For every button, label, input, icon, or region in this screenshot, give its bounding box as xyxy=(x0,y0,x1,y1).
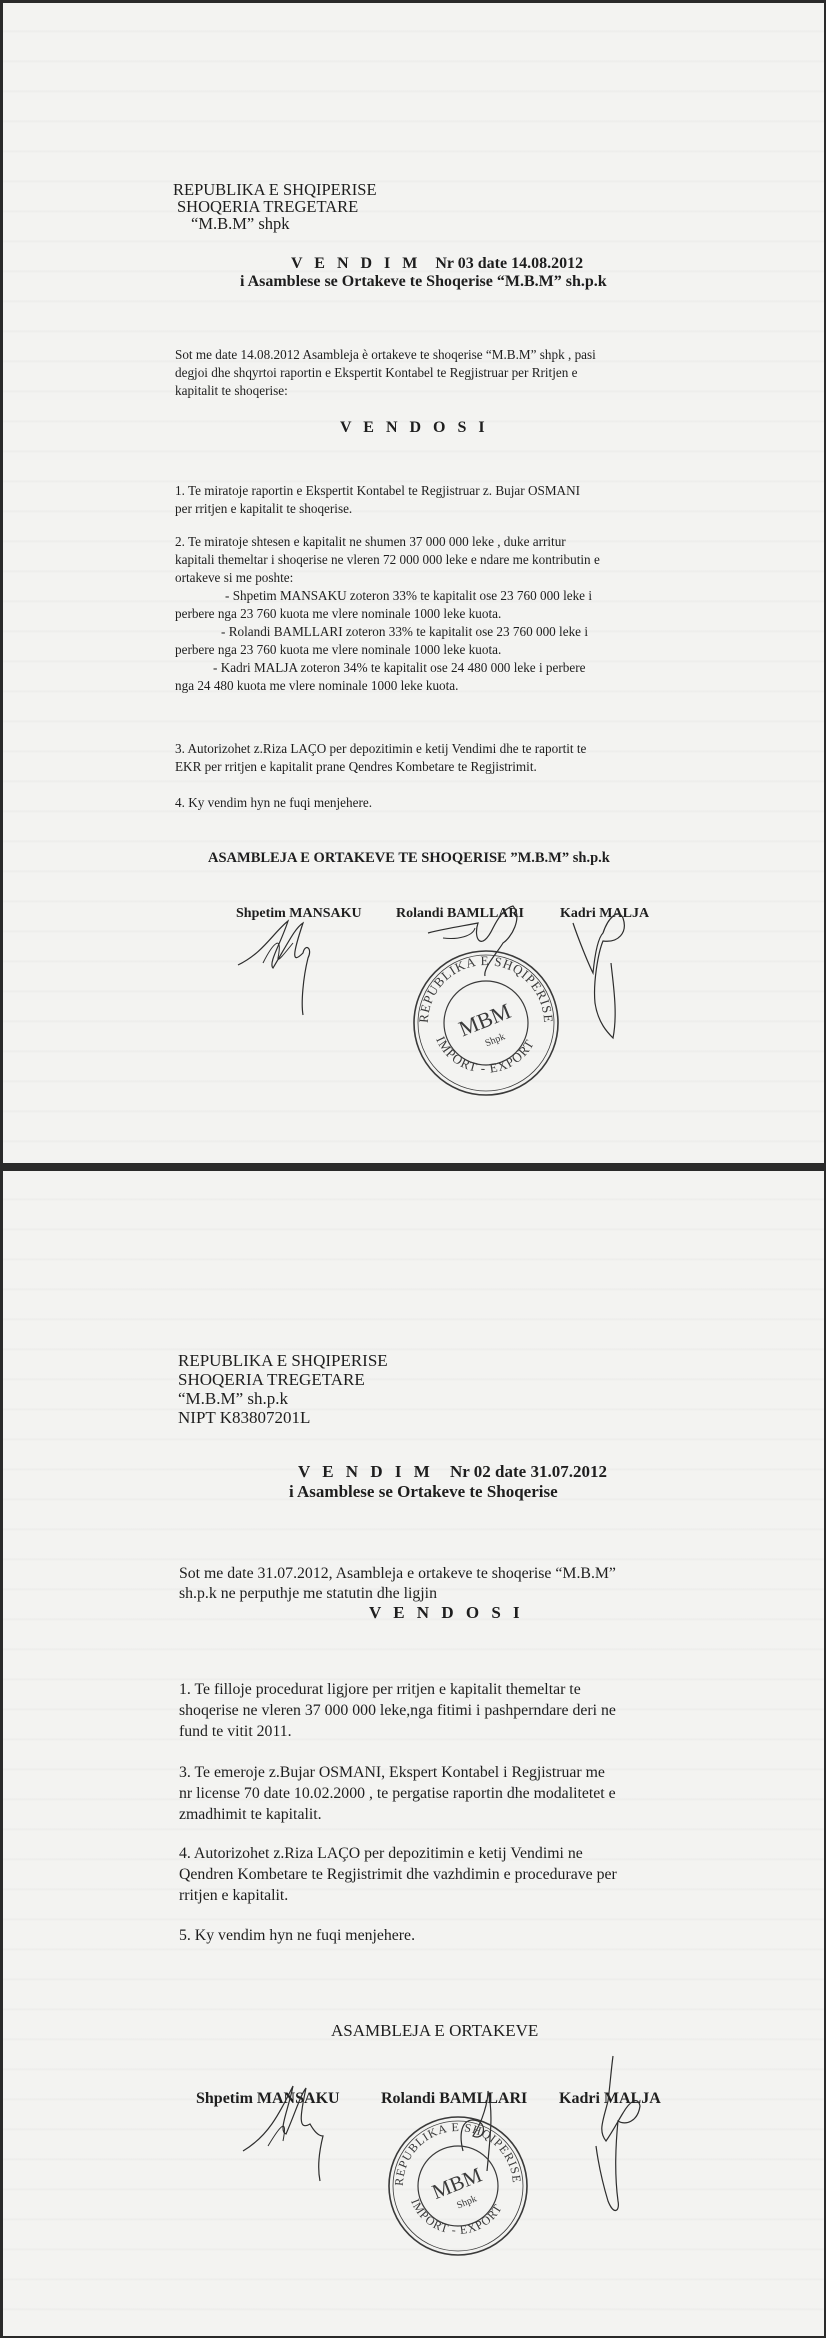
shareholder-bamllari: perbere nga 23 760 kuota me vlere nomina… xyxy=(175,641,501,659)
decision-label: V E N D I M xyxy=(298,1462,434,1481)
decision-item-2: ortakeve si me poshte: xyxy=(175,569,293,587)
header-company-type: SHOQERIA TREGETARE xyxy=(178,1370,365,1389)
decision-number-date: Nr 03 date 14.08.2012 xyxy=(435,255,583,272)
decision-number-date: Nr 02 date 31.07.2012 xyxy=(450,1462,607,1481)
decision-item-3: 3. Te emeroje z.Bujar OSMANI, Ekspert Ko… xyxy=(179,1763,605,1784)
decision-item-2: kapitali themeltar i shoqerise ne vleren… xyxy=(175,551,600,569)
decision-item-4: Qendren Kombetare te Regjistrimit dhe va… xyxy=(179,1865,617,1886)
signature-mansaku-icon xyxy=(238,2076,338,2186)
shareholder-mansaku: perbere nga 23 760 kuota me vlere nomina… xyxy=(175,605,501,623)
svg-text:MBM: MBM xyxy=(455,998,514,1041)
decision-label: V E N D I M xyxy=(291,255,421,272)
header-company-name: “M.B.M” sh.p.k xyxy=(178,1389,288,1408)
signature-malja-icon xyxy=(563,893,643,1043)
intro-line: Sot me date 31.07.2012, Asambleja e orta… xyxy=(179,1564,616,1585)
decision-title: V E N D I M Nr 02 date 31.07.2012 xyxy=(298,1462,607,1482)
svg-text:Shpk: Shpk xyxy=(484,1031,507,1049)
decision-item-4: 4. Autorizohet z.Riza LAÇO per depozitim… xyxy=(179,1844,583,1865)
company-stamp-icon: REPUBLIKA E SHQIPERISE IMPORT - EXPORT M… xyxy=(383,2111,533,2261)
decision-item-1: per rritjen e kapitalit te shoqerise. xyxy=(175,500,352,518)
decision-item-3: zmadhimit te kapitalit. xyxy=(179,1805,322,1826)
intro-line: sh.p.k ne perputhje me statutin dhe ligj… xyxy=(179,1584,437,1605)
intro-line: kapitalit te shoqerise: xyxy=(175,382,288,400)
decision-item-4: 4. Ky vendim hyn ne fuqi menjehere. xyxy=(175,794,372,812)
company-stamp-icon: REPUBLIKA E SHQIPERISE IMPORT - EXPORT M… xyxy=(406,943,566,1103)
decision-title: V E N D I M Nr 03 date 14.08.2012 xyxy=(291,255,583,273)
decision-item-3: EKR per rritjen e kapitalit prane Qendre… xyxy=(175,758,537,776)
shareholder-malja: - Kadri MALJA zoteron 34% te kapitalit o… xyxy=(213,659,585,677)
shareholder-bamllari: - Rolandi BAMLLARI zoteron 33% te kapita… xyxy=(221,623,588,641)
header-nipt: NIPT K83807201L xyxy=(178,1408,310,1427)
decision-heading: V E N D O S I xyxy=(340,419,489,437)
decision-item-1: 1. Te filloje procedurat ligjore per rri… xyxy=(179,1680,581,1701)
decision-item-4: rritjen e kapitalit. xyxy=(179,1886,288,1907)
decision-item-2: 2. Te miratoje shtesen e kapitalit ne sh… xyxy=(175,533,566,551)
decision-item-1: shoqerise ne vleren 37 000 000 leke,nga … xyxy=(179,1701,616,1722)
svg-text:MBM: MBM xyxy=(429,2162,486,2204)
intro-line: Sot me date 14.08.2012 Asambleja è ortak… xyxy=(175,346,596,364)
header-company-type: SHOQERIA TREGETARE xyxy=(177,198,358,215)
decision-heading: V E N D O S I xyxy=(369,1603,524,1623)
shareholder-mansaku: - Shpetim MANSAKU zoteron 33% te kapital… xyxy=(225,587,592,605)
decision-item-3: 3. Autorizohet z.Riza LAÇO per depozitim… xyxy=(175,740,586,758)
assembly-heading: ASAMBLEJA E ORTAKEVE TE SHOQERISE ”M.B.M… xyxy=(208,850,610,867)
shareholder-malja: nga 24 480 kuota me vlere nominale 1000 … xyxy=(175,677,458,695)
decision-subtitle: i Asamblese se Ortakeve te Shoqerise xyxy=(289,1482,558,1502)
document-page-2: REPUBLIKA E SHQIPERISE SHOQERIA TREGETAR… xyxy=(3,1171,824,2336)
assembly-heading: ASAMBLEJA E ORTAKEVE xyxy=(331,2021,538,2041)
header-company-name: “M.B.M” shpk xyxy=(191,215,290,232)
svg-text:Shpk: Shpk xyxy=(455,2193,478,2211)
signature-mansaku-icon xyxy=(233,903,333,1023)
decision-subtitle: i Asamblese se Ortakeve te Shoqerise “M.… xyxy=(240,273,607,291)
decision-item-1: 1. Te miratoje raportin e Ekspertit Kont… xyxy=(175,482,580,500)
decision-item-3: nr license 70 date 10.02.2000 , te perga… xyxy=(179,1784,616,1805)
decision-item-1: fund te vitit 2011. xyxy=(179,1722,292,1743)
header-republic: REPUBLIKA E SHQIPERISE xyxy=(178,1351,388,1370)
signature-malja-icon xyxy=(578,2051,658,2221)
decision-item-5: 5. Ky vendim hyn ne fuqi menjehere. xyxy=(179,1926,415,1947)
header-republic: REPUBLIKA E SHQIPERISE xyxy=(173,181,377,198)
intro-line: degjoi dhe shqyrtoi raportin e Ekspertit… xyxy=(175,364,577,382)
document-page-1: REPUBLIKA E SHQIPERISE SHOQERIA TREGETAR… xyxy=(3,3,824,1163)
